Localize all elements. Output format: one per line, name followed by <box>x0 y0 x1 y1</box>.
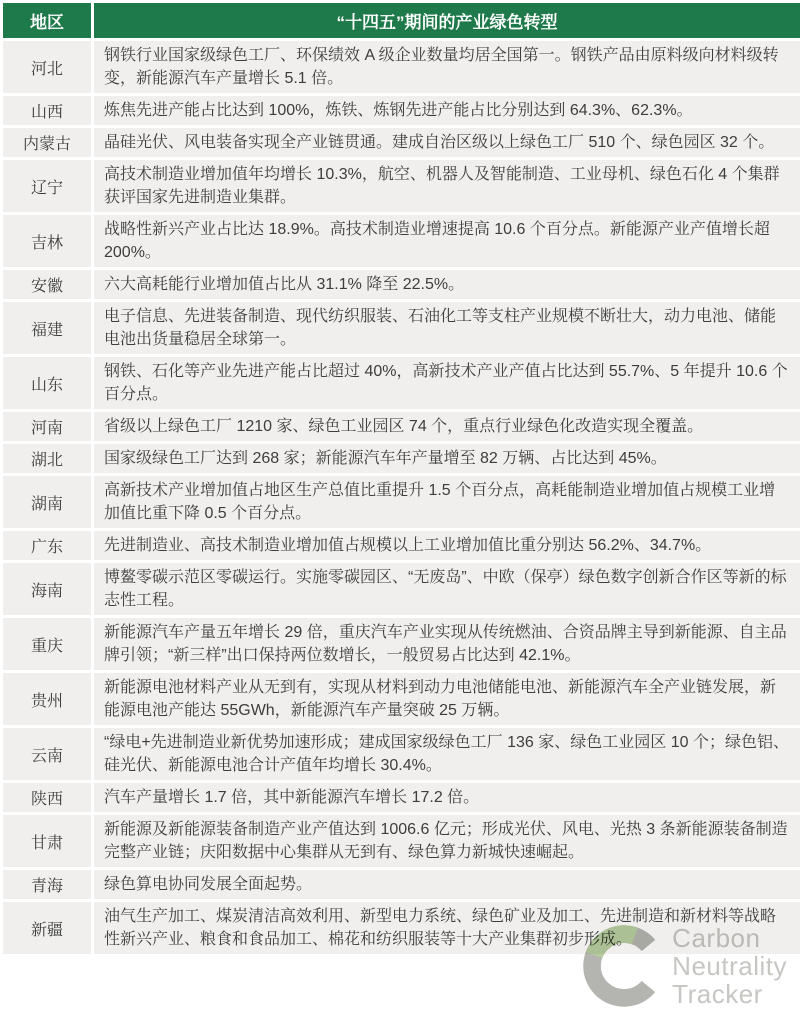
content-cell: 新能源电池材料产业从无到有，实现从材料到动力电池储能电池、新能源汽车全产业链发展… <box>94 673 800 725</box>
region-cell: 安徽 <box>3 270 91 299</box>
page: 地区 “十四五”期间的产业绿色转型 河北钢铁行业国家级绿色工厂、环保绩效 A 级… <box>0 0 803 1024</box>
content-cell: 钢铁行业国家级绿色工厂、环保绩效 A 级企业数量均居全国第一。钢铁产品由原料级向… <box>94 41 800 93</box>
content-cell: 博鳌零碳示范区零碳运行。实施零碳园区、“无废岛”、中欧（保亭）绿色数字创新合作区… <box>94 563 800 615</box>
content-cell: 新能源及新能源装备制造产业产值达到 1006.6 亿元；形成光伏、风电、光热 3… <box>94 815 800 867</box>
table-row: 海南博鳌零碳示范区零碳运行。实施零碳园区、“无废岛”、中欧（保亭）绿色数字创新合… <box>3 563 800 615</box>
table-row: 河北钢铁行业国家级绿色工厂、环保绩效 A 级企业数量均居全国第一。钢铁产品由原料… <box>3 41 800 93</box>
region-cell: 河北 <box>3 41 91 93</box>
content-cell: “绿电+先进制造业新优势加速形成；建成国家级绿色工厂 136 家、绿色工业园区 … <box>94 728 800 780</box>
region-cell: 福建 <box>3 302 91 354</box>
table-header-row: 地区 “十四五”期间的产业绿色转型 <box>3 3 800 38</box>
table-row: 内蒙古晶硅光伏、风电装备实现全产业链贯通。建成自治区级以上绿色工厂 510 个、… <box>3 128 800 157</box>
content-cell: 六大高耗能行业增加值占比从 31.1% 降至 22.5%。 <box>94 270 800 299</box>
table-row: 山东钢铁、石化等产业先进产能占比超过 40%，高新技术产业产值占比达到 55.7… <box>3 357 800 409</box>
header-cell-region: 地区 <box>3 3 91 38</box>
region-cell: 山东 <box>3 357 91 409</box>
content-cell: 战略性新兴产业占比达 18.9%。高技术制造业增速提高 10.6 个百分点。新能… <box>94 215 800 267</box>
content-cell: 省级以上绿色工厂 1210 家、绿色工业园区 74 个，重点行业绿色化改造实现全… <box>94 412 800 441</box>
region-cell: 河南 <box>3 412 91 441</box>
region-cell: 青海 <box>3 870 91 899</box>
content-cell: 先进制造业、高技术制造业增加值占规模以上工业增加值比重分别达 56.2%、34.… <box>94 531 800 560</box>
region-cell: 山西 <box>3 96 91 125</box>
region-cell: 新疆 <box>3 902 91 954</box>
content-cell: 高技术制造业增加值年均增长 10.3%，航空、机器人及智能制造、工业母机、绿色石… <box>94 160 800 212</box>
content-cell: 高新技术产业增加值占地区生产总值比重提升 1.5 个百分点，高耗能制造业增加值占… <box>94 476 800 528</box>
region-cell: 陕西 <box>3 783 91 812</box>
region-cell: 贵州 <box>3 673 91 725</box>
table-row: 安徽六大高耗能行业增加值占比从 31.1% 降至 22.5%。 <box>3 270 800 299</box>
region-cell: 辽宁 <box>3 160 91 212</box>
content-cell: 钢铁、石化等产业先进产能占比超过 40%，高新技术产业产值占比达到 55.7%、… <box>94 357 800 409</box>
table-row: 湖北国家级绿色工厂达到 268 家；新能源汽车年产量增至 82 万辆、占比达到 … <box>3 444 800 473</box>
region-cell: 内蒙古 <box>3 128 91 157</box>
content-cell: 油气生产加工、煤炭清洁高效利用、新型电力系统、绿色矿业及加工、先进制造和新材料等… <box>94 902 800 954</box>
region-cell: 湖南 <box>3 476 91 528</box>
region-cell: 海南 <box>3 563 91 615</box>
region-cell: 湖北 <box>3 444 91 473</box>
table-row: 贵州新能源电池材料产业从无到有，实现从材料到动力电池储能电池、新能源汽车全产业链… <box>3 673 800 725</box>
content-cell: 新能源汽车产量五年增长 29 倍，重庆汽车产业实现从传统燃油、合资品牌主导到新能… <box>94 618 800 670</box>
content-cell: 晶硅光伏、风电装备实现全产业链贯通。建成自治区级以上绿色工厂 510 个、绿色园… <box>94 128 800 157</box>
content-cell: 炼焦先进产能占比达到 100%，炼铁、炼钢先进产能占比分别达到 64.3%、62… <box>94 96 800 125</box>
watermark-line: Tracker <box>672 980 787 1008</box>
table-row: 青海绿色算电协同发展全面起势。 <box>3 870 800 899</box>
table-row: 河南省级以上绿色工厂 1210 家、绿色工业园区 74 个，重点行业绿色化改造实… <box>3 412 800 441</box>
table-row: 重庆新能源汽车产量五年增长 29 倍，重庆汽车产业实现从传统燃油、合资品牌主导到… <box>3 618 800 670</box>
content-cell: 国家级绿色工厂达到 268 家；新能源汽车年产量增至 82 万辆、占比达到 45… <box>94 444 800 473</box>
header-cell-content: “十四五”期间的产业绿色转型 <box>94 3 800 38</box>
table-row: 甘肃新能源及新能源装备制造产业产值达到 1006.6 亿元；形成光伏、风电、光热… <box>3 815 800 867</box>
table-row: 辽宁高技术制造业增加值年均增长 10.3%，航空、机器人及智能制造、工业母机、绿… <box>3 160 800 212</box>
region-cell: 云南 <box>3 728 91 780</box>
table-row: 广东先进制造业、高技术制造业增加值占规模以上工业增加值比重分别达 56.2%、3… <box>3 531 800 560</box>
table-row: 山西炼焦先进产能占比达到 100%，炼铁、炼钢先进产能占比分别达到 64.3%、… <box>3 96 800 125</box>
region-cell: 重庆 <box>3 618 91 670</box>
table-row: 云南“绿电+先进制造业新优势加速形成；建成国家级绿色工厂 136 家、绿色工业园… <box>3 728 800 780</box>
region-cell: 甘肃 <box>3 815 91 867</box>
green-transition-table: 地区 “十四五”期间的产业绿色转型 河北钢铁行业国家级绿色工厂、环保绩效 A 级… <box>0 0 803 957</box>
region-cell: 广东 <box>3 531 91 560</box>
content-cell: 绿色算电协同发展全面起势。 <box>94 870 800 899</box>
content-cell: 汽车产量增长 1.7 倍，其中新能源汽车增长 17.2 倍。 <box>94 783 800 812</box>
table-row: 吉林战略性新兴产业占比达 18.9%。高技术制造业增速提高 10.6 个百分点。… <box>3 215 800 267</box>
table-row: 新疆油气生产加工、煤炭清洁高效利用、新型电力系统、绿色矿业及加工、先进制造和新材… <box>3 902 800 954</box>
table-row: 湖南高新技术产业增加值占地区生产总值比重提升 1.5 个百分点，高耗能制造业增加… <box>3 476 800 528</box>
content-cell: 电子信息、先进装备制造、现代纺织服装、石油化工等支柱产业规模不断壮大，动力电池、… <box>94 302 800 354</box>
region-cell: 吉林 <box>3 215 91 267</box>
table-row: 福建电子信息、先进装备制造、现代纺织服装、石油化工等支柱产业规模不断壮大，动力电… <box>3 302 800 354</box>
table-row: 陕西汽车产量增长 1.7 倍，其中新能源汽车增长 17.2 倍。 <box>3 783 800 812</box>
